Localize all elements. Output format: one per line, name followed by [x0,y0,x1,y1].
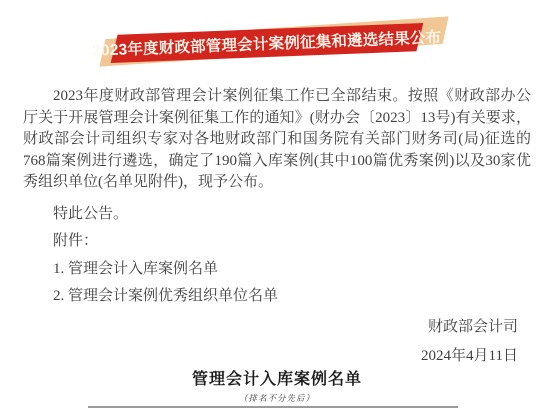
announcement-date: 2024年4月11日 [23,346,518,368]
attachment-item-2: 2. 管理会计案例优秀组织单位名单 [23,286,531,308]
appendix-title: 管理会计入库案例名单 [0,366,554,389]
attachments-label: 附件： [23,231,531,253]
signer-name: 财政部会计司 [23,317,518,339]
announcement-body: 2023年度财政部管理会计案例征集工作已全部结束。按照《财政部办公厅关于开展管理… [23,86,531,367]
attachment-item-1: 1. 管理会计入库案例名单 [23,259,531,281]
banner-ribbon: 2023年度财政部管理会计案例征集和遴选结果公布 [111,23,424,63]
appendix-subtitle: （排名不分先后） [0,392,554,404]
table-top-border [88,406,458,408]
appendix-header: 管理会计入库案例名单 （排名不分先后） [0,366,554,404]
notice-line: 特此公告。 [23,204,531,226]
signature-block: 财政部会计司 2024年4月11日 [23,317,531,368]
main-paragraph: 2023年度财政部管理会计案例征集工作已全部结束。按照《财政部办公厅关于开展管理… [23,86,531,194]
announcement-page: 2023年度财政部管理会计案例征集和遴选结果公布 2023年度财政部管理会计案例… [0,0,554,411]
banner: 2023年度财政部管理会计案例征集和遴选结果公布 [0,0,554,76]
banner-title: 2023年度财政部管理会计案例征集和遴选结果公布 [92,25,442,60]
